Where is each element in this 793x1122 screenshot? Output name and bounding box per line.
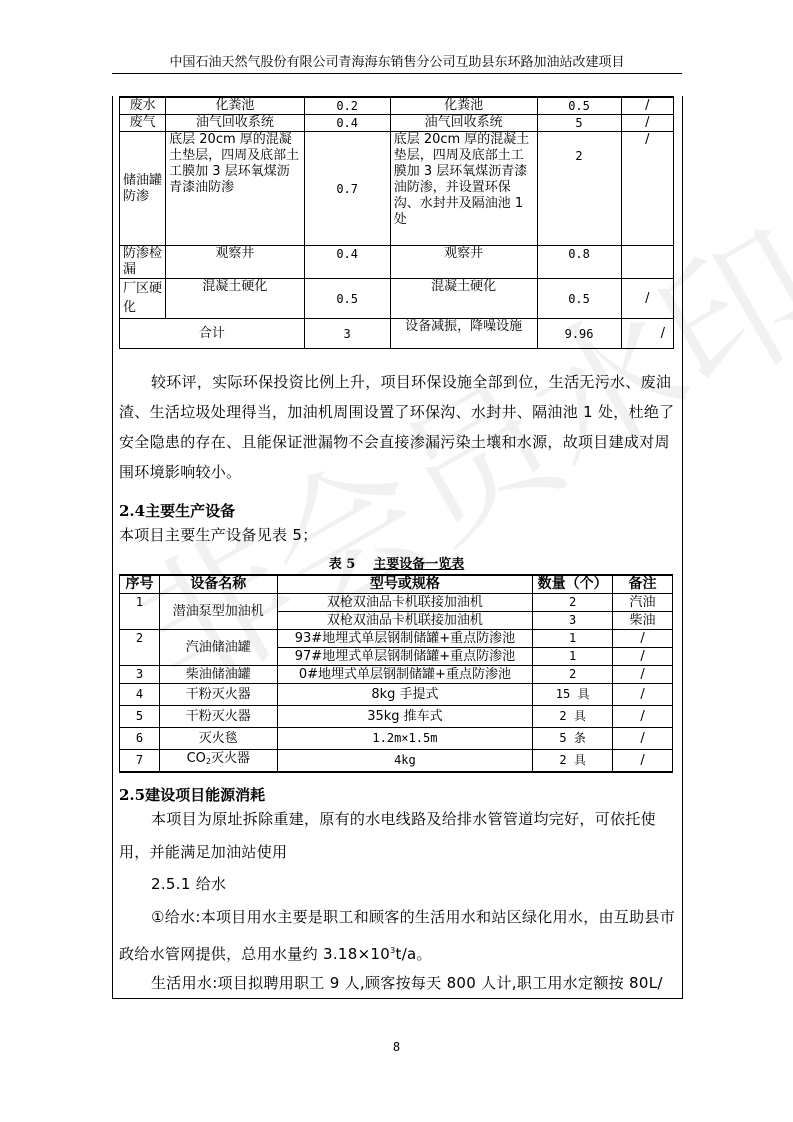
header-spec: 型号或规格 bbox=[277, 575, 532, 594]
row-qty: 2 bbox=[533, 594, 613, 612]
actual-invest-cell: 0.5 bbox=[537, 97, 621, 115]
table-row: 4 干粉灭火器 8kg 手提式 15 具 / bbox=[120, 684, 673, 706]
table-row: 2 汽油储油罐 93#地埋式单层钢制储罐+重点防渗池 1 / bbox=[120, 630, 673, 648]
note-cell bbox=[621, 246, 673, 279]
header-rule bbox=[112, 73, 682, 74]
row-spec: 4kg bbox=[277, 750, 532, 772]
eia-invest-cell: 0.4 bbox=[304, 246, 390, 279]
row-no: 4 bbox=[120, 684, 160, 706]
row-qty: 2 具 bbox=[533, 706, 613, 728]
row-qty: 3 bbox=[533, 612, 613, 630]
row-note: / bbox=[613, 648, 673, 666]
total-label: 合计 bbox=[120, 319, 305, 349]
co2-prefix: CO bbox=[187, 751, 206, 766]
caption-number: 表 5 bbox=[329, 557, 356, 572]
total-eia-invest: 3 bbox=[304, 319, 390, 349]
table-row: 1 潜油泵型加油机 双枪双油品卡机联接加油机 2 汽油 bbox=[120, 594, 673, 612]
actual-measure-cell: 混凝土硬化 bbox=[390, 279, 537, 319]
row-qty: 1 bbox=[533, 630, 613, 648]
category-cell: 废水 bbox=[120, 97, 166, 115]
table-row: 防渗检漏 观察井 0.4 观察井 0.8 bbox=[120, 246, 674, 279]
header-qty: 数量（个） bbox=[533, 575, 613, 594]
row-name: 干粉灭火器 bbox=[159, 706, 277, 728]
category-cell: 厂区硬化 bbox=[120, 279, 166, 319]
row-spec: 8kg 手提式 bbox=[277, 684, 532, 706]
category-cell: 废气 bbox=[120, 115, 166, 132]
page-header: 中国石油天然气股份有限公司青海海东销售分公司互助县东环路加油站改建项目 bbox=[112, 54, 682, 72]
header-name: 设备名称 bbox=[159, 575, 277, 594]
table-row: 6 灭火毯 1.2m×1.5m 5 条 / bbox=[120, 728, 673, 750]
total-actual-measure: 设备减振，降噪设施 bbox=[390, 319, 537, 349]
row-name: 干粉灭火器 bbox=[159, 684, 277, 706]
row-name: 潜油泵型加油机 bbox=[159, 594, 277, 630]
eia-measure-cell: 化粪池 bbox=[166, 97, 305, 115]
row-qty: 5 条 bbox=[533, 728, 613, 750]
table-row: 5 干粉灭火器 35kg 推车式 2 具 / bbox=[120, 706, 673, 728]
row-no: 2 bbox=[120, 630, 160, 666]
row-qty: 1 bbox=[533, 648, 613, 666]
eia-invest-cell: 0.4 bbox=[304, 115, 390, 132]
table-row-total: 合计 3 设备减振，降噪设施 9.96 / bbox=[120, 319, 674, 349]
eia-measure-cell: 油气回收系统 bbox=[166, 115, 305, 132]
row-note: 柴油 bbox=[613, 612, 673, 630]
row-name: CO2灭火器 bbox=[159, 750, 277, 772]
eia-invest-cell: 0.5 bbox=[304, 279, 390, 319]
row-spec: 双枪双油品卡机联接加油机 bbox=[277, 594, 532, 612]
row-note: / bbox=[613, 750, 673, 772]
section-2-5-paragraph: 本项目为原址拆除重建，原有的水电线路及给排水管管道均完好，可依托使用，并能满足加… bbox=[119, 803, 677, 869]
note-cell: / bbox=[621, 97, 673, 115]
row-note: / bbox=[613, 684, 673, 706]
actual-invest-cell: 0.5 bbox=[537, 279, 621, 319]
section-heading-2-4: 2.4主要生产设备 bbox=[119, 500, 235, 522]
actual-measure-cell: 观察井 bbox=[390, 246, 537, 279]
eia-measure-cell: 混凝土硬化 bbox=[166, 279, 305, 319]
row-note: / bbox=[613, 706, 673, 728]
caption-title: 主要设备一览表 bbox=[373, 557, 464, 572]
row-spec: 97#地埋式单层钢制储罐+重点防渗池 bbox=[277, 648, 532, 666]
row-note: / bbox=[613, 666, 673, 684]
note-cell: / bbox=[621, 132, 673, 246]
actual-invest-cell: 5 bbox=[537, 115, 621, 132]
actual-measure-cell: 底层 20cm 厚的混凝土垫层，四周及底部土工膜加 3 层环氧煤沥青漆油防渗，并… bbox=[390, 132, 537, 246]
row-note: / bbox=[613, 630, 673, 648]
eia-measure-cell: 观察井 bbox=[166, 246, 305, 279]
page-number: 8 bbox=[0, 1040, 793, 1054]
investment-table: 废水 化粪池 0.2 化粪池 0.5 / 废气 油气回收系统 0.4 油气回收系… bbox=[119, 96, 674, 349]
row-qty: 15 具 bbox=[533, 684, 613, 706]
eia-invest-cell: 0.7 bbox=[304, 132, 390, 246]
category-cell: 储油罐防渗 bbox=[120, 132, 166, 246]
row-qty: 2 具 bbox=[533, 750, 613, 772]
sub-heading-2-5-1: 2.5.1 给水 bbox=[119, 868, 677, 901]
row-no: 7 bbox=[120, 750, 160, 772]
row-no: 6 bbox=[120, 728, 160, 750]
table-row: 3 柴油储油罐 0#地埋式单层钢制储罐+重点防渗池 2 / bbox=[120, 666, 673, 684]
table-header-row: 序号 设备名称 型号或规格 数量（个） 备注 bbox=[120, 575, 673, 594]
table-caption: 表 5主要设备一览表 bbox=[119, 556, 674, 574]
actual-invest-cell: 0.8 bbox=[537, 246, 621, 279]
row-spec: 93#地埋式单层钢制储罐+重点防渗池 bbox=[277, 630, 532, 648]
row-spec: 0#地埋式单层钢制储罐+重点防渗池 bbox=[277, 666, 532, 684]
eia-measure-cell: 底层 20cm 厚的混凝土垫层，四周及底部土工膜加 3 层环氧煤沥青漆油防渗 bbox=[166, 132, 305, 246]
row-note: 汽油 bbox=[613, 594, 673, 612]
actual-measure-cell: 油气回收系统 bbox=[390, 115, 537, 132]
row-qty: 2 bbox=[533, 666, 613, 684]
row-no: 5 bbox=[120, 706, 160, 728]
row-spec: 双枪双油品卡机联接加油机 bbox=[277, 612, 532, 630]
row-note: / bbox=[613, 728, 673, 750]
header-no: 序号 bbox=[120, 575, 160, 594]
total-actual-invest: 9.96 bbox=[537, 319, 621, 349]
row-spec: 35kg 推车式 bbox=[277, 706, 532, 728]
row-name: 汽油储油罐 bbox=[159, 630, 277, 666]
row-name: 柴油储油罐 bbox=[159, 666, 277, 684]
header-note: 备注 bbox=[613, 575, 673, 594]
row-spec: 1.2m×1.5m bbox=[277, 728, 532, 750]
total-note: / bbox=[621, 319, 673, 349]
row-no: 1 bbox=[120, 594, 160, 630]
row-no: 3 bbox=[120, 666, 160, 684]
note-cell: / bbox=[621, 115, 673, 132]
row-name: 灭火毯 bbox=[159, 728, 277, 750]
equipment-table: 序号 设备名称 型号或规格 数量（个） 备注 1 潜油泵型加油机 双枪双油品卡机… bbox=[119, 574, 673, 773]
note-cell: / bbox=[621, 279, 673, 319]
section-2-4-intro: 本项目主要生产设备见表 5； bbox=[119, 522, 677, 548]
category-cell: 防渗检漏 bbox=[120, 246, 166, 279]
water-supply-paragraph: ①给水:本项目用水主要是职工和顾客的生活用水和站区绿化用水，由互助县市政给水管网… bbox=[119, 901, 677, 971]
eia-invest-cell: 0.2 bbox=[304, 97, 390, 115]
actual-invest-cell: 2 bbox=[537, 132, 621, 246]
table-row: 废水 化粪池 0.2 化粪池 0.5 / bbox=[120, 97, 674, 115]
paragraph-conclusion: 较环评，实际环保投资比例上升，项目环保设施全部到位，生活无污水、废油渣、生活垃圾… bbox=[119, 367, 677, 487]
table-row: 储油罐防渗 底层 20cm 厚的混凝土垫层，四周及底部土工膜加 3 层环氧煤沥青… bbox=[120, 132, 674, 246]
table-row: 废气 油气回收系统 0.4 油气回收系统 5 / bbox=[120, 115, 674, 132]
name-suffix: 灭火器 bbox=[211, 751, 250, 766]
water-supply-unit: t/a。 bbox=[396, 945, 432, 963]
table-row: 7 CO2灭火器 4kg 2 具 / bbox=[120, 750, 673, 772]
domestic-water-paragraph: 生活用水:项目拟聘用职工 9 人,顾客按每天 800 人计,职工用水定额按 80… bbox=[119, 967, 677, 1000]
actual-measure-cell: 化粪池 bbox=[390, 97, 537, 115]
table-row: 厂区硬化 混凝土硬化 0.5 混凝土硬化 0.5 / bbox=[120, 279, 674, 319]
